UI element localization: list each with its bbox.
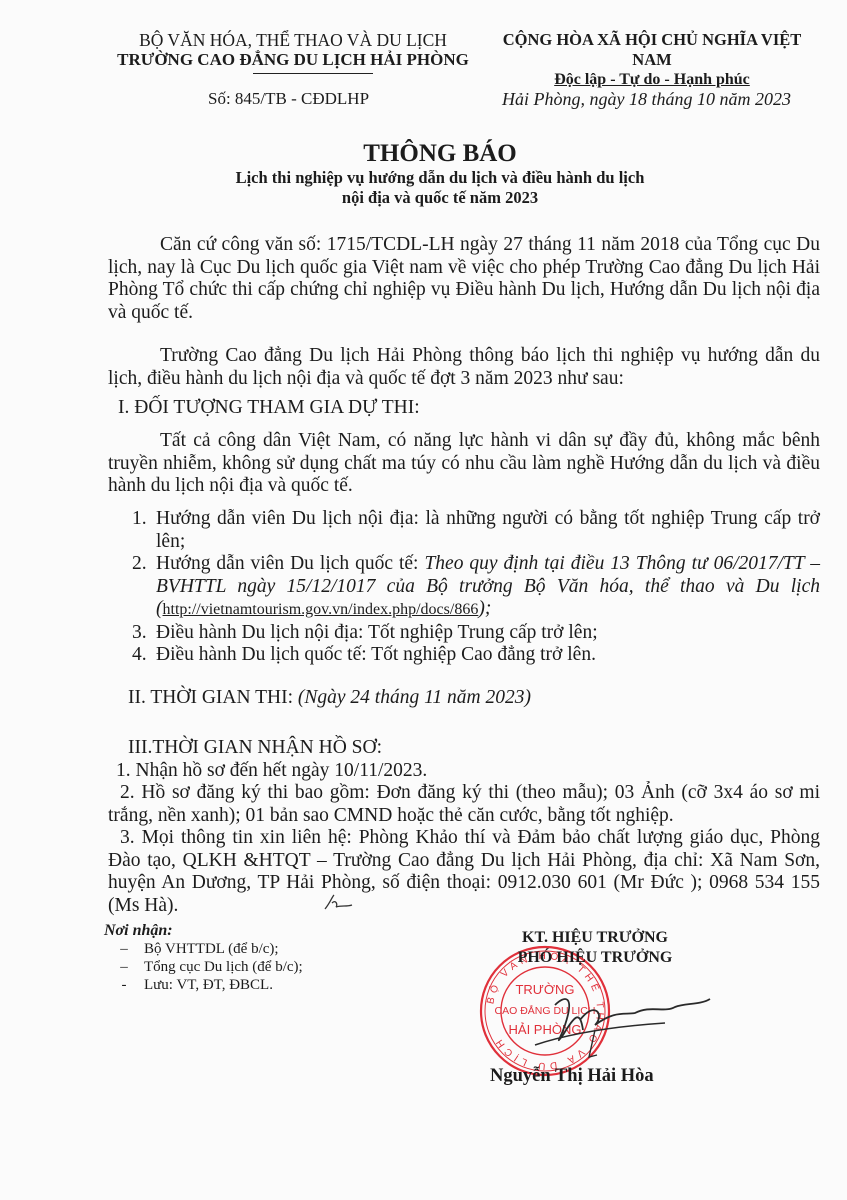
section-3-item-3: 3. Mọi thông tin xin liên hệ: Phòng Khảo… xyxy=(108,827,820,917)
eligibility-list: 1. Hướng dẫn viên Du lịch nội địa: là nh… xyxy=(132,508,820,667)
title-main: THÔNG BÁO xyxy=(200,140,680,168)
section-2: II. THỜI GIAN THI: (Ngày 24 tháng 11 năm… xyxy=(128,686,531,710)
national-header: CỘNG HÒA XÃ HỘI CHỦ NGHĨA VIỆT NAM Độc l… xyxy=(482,30,822,90)
recipients-block: Nơi nhận: –Bộ VHTTDL (để b/c); –Tổng cục… xyxy=(104,922,303,994)
circular-link[interactable]: http://vietnamtourism.gov.vn/index.php/d… xyxy=(163,601,479,618)
list-item: 4. Điều hành Du lịch quốc tế: Tốt nghiệp… xyxy=(132,644,820,667)
title-subtitle-1: Lịch thi nghiệp vụ hướng dẫn du lịch và … xyxy=(200,168,680,188)
handwritten-signature-icon xyxy=(525,985,715,1065)
section-3-heading: III.THỜI GIAN NHẬN HỒ SƠ: xyxy=(128,736,382,760)
recipient-item: –Bộ VHTTDL (để b/c); xyxy=(104,940,303,958)
recipients-title: Nơi nhận: xyxy=(104,922,303,940)
recipient-item: –Tổng cục Du lịch (để b/c); xyxy=(104,958,303,976)
list-item: 1. Hướng dẫn viên Du lịch nội địa: là nh… xyxy=(132,508,820,553)
recipient-item: - Lưu: VT, ĐT, ĐBCL. xyxy=(104,976,303,994)
paragraph-legal-basis: Căn cứ công văn số: 1715/TCDL-LH ngày 27… xyxy=(108,234,820,324)
list-item: 2. Hướng dẫn viên Du lịch quốc tế: Theo … xyxy=(132,553,820,622)
signature-title-2: PHÓ HIỆU TRƯỞNG xyxy=(480,948,710,968)
country-name: CỘNG HÒA XÃ HỘI CHỦ NGHĨA VIỆT NAM xyxy=(482,30,822,70)
ministry-name: BỘ VĂN HÓA, THỂ THAO VÀ DU LỊCH xyxy=(108,30,478,50)
paragraph-announcement: Trường Cao đẳng Du lịch Hải Phòng thông … xyxy=(108,345,820,390)
document-number: Số: 845/TB - CĐDLHP xyxy=(208,89,369,109)
issuer-header: BỘ VĂN HÓA, THỂ THAO VÀ DU LỊCH TRƯỜNG C… xyxy=(108,30,478,74)
section-1-paragraph: Tất cả công dân Việt Nam, có năng lực hà… xyxy=(108,430,820,498)
signature-block: KT. HIỆU TRƯỞNG PHÓ HIỆU TRƯỞNG xyxy=(480,928,710,968)
list-item: 3. Điều hành Du lịch nội địa: Tốt nghiệp… xyxy=(132,622,820,645)
document-date: Hải Phòng, ngày 18 tháng 10 năm 2023 xyxy=(502,89,791,110)
section-3-item-2: 2. Hồ sơ đăng ký thi bao gồm: Đơn đăng k… xyxy=(108,782,820,827)
national-motto: Độc lập - Tự do - Hạnh phúc xyxy=(482,70,822,90)
initials-mark-icon xyxy=(322,893,354,911)
signer-name: Nguyễn Thị Hải Hòa xyxy=(490,1066,654,1087)
header-underline xyxy=(253,73,373,74)
title-subtitle-2: nội địa và quốc tế năm 2023 xyxy=(200,188,680,208)
document-title: THÔNG BÁO Lịch thi nghiệp vụ hướng dẫn d… xyxy=(200,140,680,208)
school-name: TRƯỜNG CAO ĐẲNG DU LỊCH HẢI PHÒNG xyxy=(108,50,478,70)
section-3-item-1: 1. Nhận hồ sơ đến hết ngày 10/11/2023. xyxy=(116,760,820,783)
exam-date: (Ngày 24 tháng 11 năm 2023) xyxy=(298,687,531,708)
section-1-heading: I. ĐỐI TƯỢNG THAM GIA DỰ THI: xyxy=(118,396,420,420)
section-2-heading: II. THỜI GIAN THI: xyxy=(128,687,298,708)
signature-title-1: KT. HIỆU TRƯỞNG xyxy=(480,928,710,948)
